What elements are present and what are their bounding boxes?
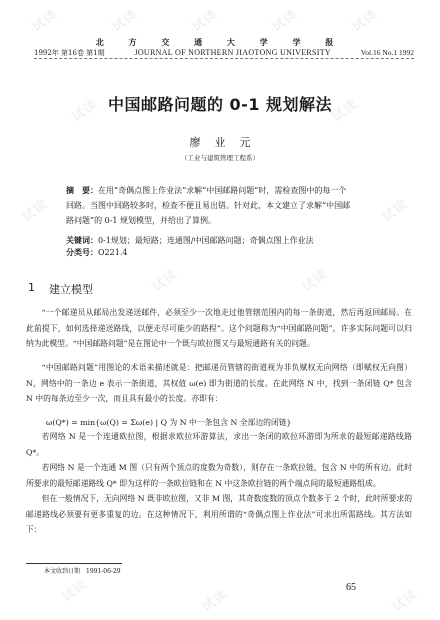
body-block-3: 若网络 N 是一个连通欧拉图，根据求欧拉环游算法，求出一条闭的欧拉环游即为所求的… <box>26 429 412 538</box>
watermark: 试读 <box>57 574 91 606</box>
watermark: 试读 <box>347 4 381 36</box>
keywords: 关键词：0-1规划；最短路；连通图/中国邮路问题；奇偶点图上作业法 <box>66 234 366 247</box>
classification: 分类号：O221.4 <box>66 247 127 258</box>
section-title: 建立模型 <box>49 281 93 297</box>
watermark: 试读 <box>27 4 61 36</box>
watermark: 试读 <box>107 4 141 36</box>
paragraph: 若网络 N 是一个连通 M 图（只有两个顶点的度数为奇数），则存在一条欧拉链，包… <box>26 460 412 491</box>
article-title: 中国邮路问题的 0-1 规划解法 <box>0 92 440 115</box>
journal-name-english: JOURNAL OF NORTHERN JIAOTONG UNIVERSITY <box>134 48 331 57</box>
footnote-divider <box>26 563 122 564</box>
paragraph: “中国邮路问题”用图论的术语来描述就是：把邮递员管辖的街道视为非负赋权无向网络（… <box>26 360 412 407</box>
classification-label: 分类号： <box>66 248 98 257</box>
classification-number: O221.4 <box>98 248 127 257</box>
paragraph: 若网络 N 是一个连通欧拉图，根据求欧拉环游算法，求出一条闭的欧拉环游即为所求的… <box>26 429 412 460</box>
author-affiliation: （工业与建筑管理工程系） <box>0 153 440 162</box>
abstract: 摘 要：在用“奇偶点图上作业法”求解“中国邮路问题”时，需检查图中的每一个回路。… <box>66 183 354 228</box>
page-number: 65 <box>346 582 356 593</box>
issue-info: 1992年 第16卷 第1期 <box>34 48 105 58</box>
watermark: 试读 <box>197 584 231 616</box>
body-block-1: “一个邮递员从邮局出发递送邮件，必须至少一次地走过他管辖范围内的每一条街道，然后… <box>26 305 412 352</box>
author-name: 廖业元 <box>0 134 440 150</box>
watermark: 试读 <box>297 264 331 296</box>
watermark: 试读 <box>377 194 411 226</box>
paragraph: “一个邮递员从邮局出发递送邮件，必须至少一次地走过他管辖范围内的每一条街道，然后… <box>26 305 412 352</box>
abstract-label: 摘 要： <box>66 186 98 195</box>
watermark: 试读 <box>267 4 301 36</box>
footnote: 本文收到日期 1991-06-29 <box>44 566 121 575</box>
keywords-label: 关键词： <box>66 236 98 245</box>
paragraph: 但在一般情况下，无向网络 N 既非欧拉图，又非 M 图，其奇数度数的顶点个数多于… <box>26 491 412 538</box>
header-divider <box>34 58 414 59</box>
journal-name-chinese: 北 方 交 通 大 学 学 报 <box>0 37 440 48</box>
keywords-text: 0-1规划；最短路；连通图/中国邮路问题；奇偶点图上作业法 <box>98 236 314 245</box>
journal-header: 1992年 第16卷 第1期 JOURNAL OF NORTHERN JIAOT… <box>34 48 414 58</box>
abstract-text: 在用“奇偶点图上作业法”求解“中国邮路问题”时，需检查图中的每一个回路。当图中回… <box>66 186 350 225</box>
watermark: 试读 <box>147 264 181 296</box>
watermark: 试读 <box>187 4 221 36</box>
section-heading: 1 建立模型 <box>28 281 93 297</box>
body-block-2: “中国邮路问题”用图论的术语来描述就是：把邮递员管辖的街道视为非负赋权无向网络（… <box>26 360 412 407</box>
volume-info: Vol.16 No.1 1992 <box>361 48 414 57</box>
section-number: 1 <box>28 281 35 297</box>
formula: ω(Q*) = min{ω(Q) = Σω(e) | Q 为 N 中一条包含 N… <box>46 417 292 428</box>
watermark: 试读 <box>17 194 51 226</box>
watermark: 试读 <box>387 584 421 616</box>
